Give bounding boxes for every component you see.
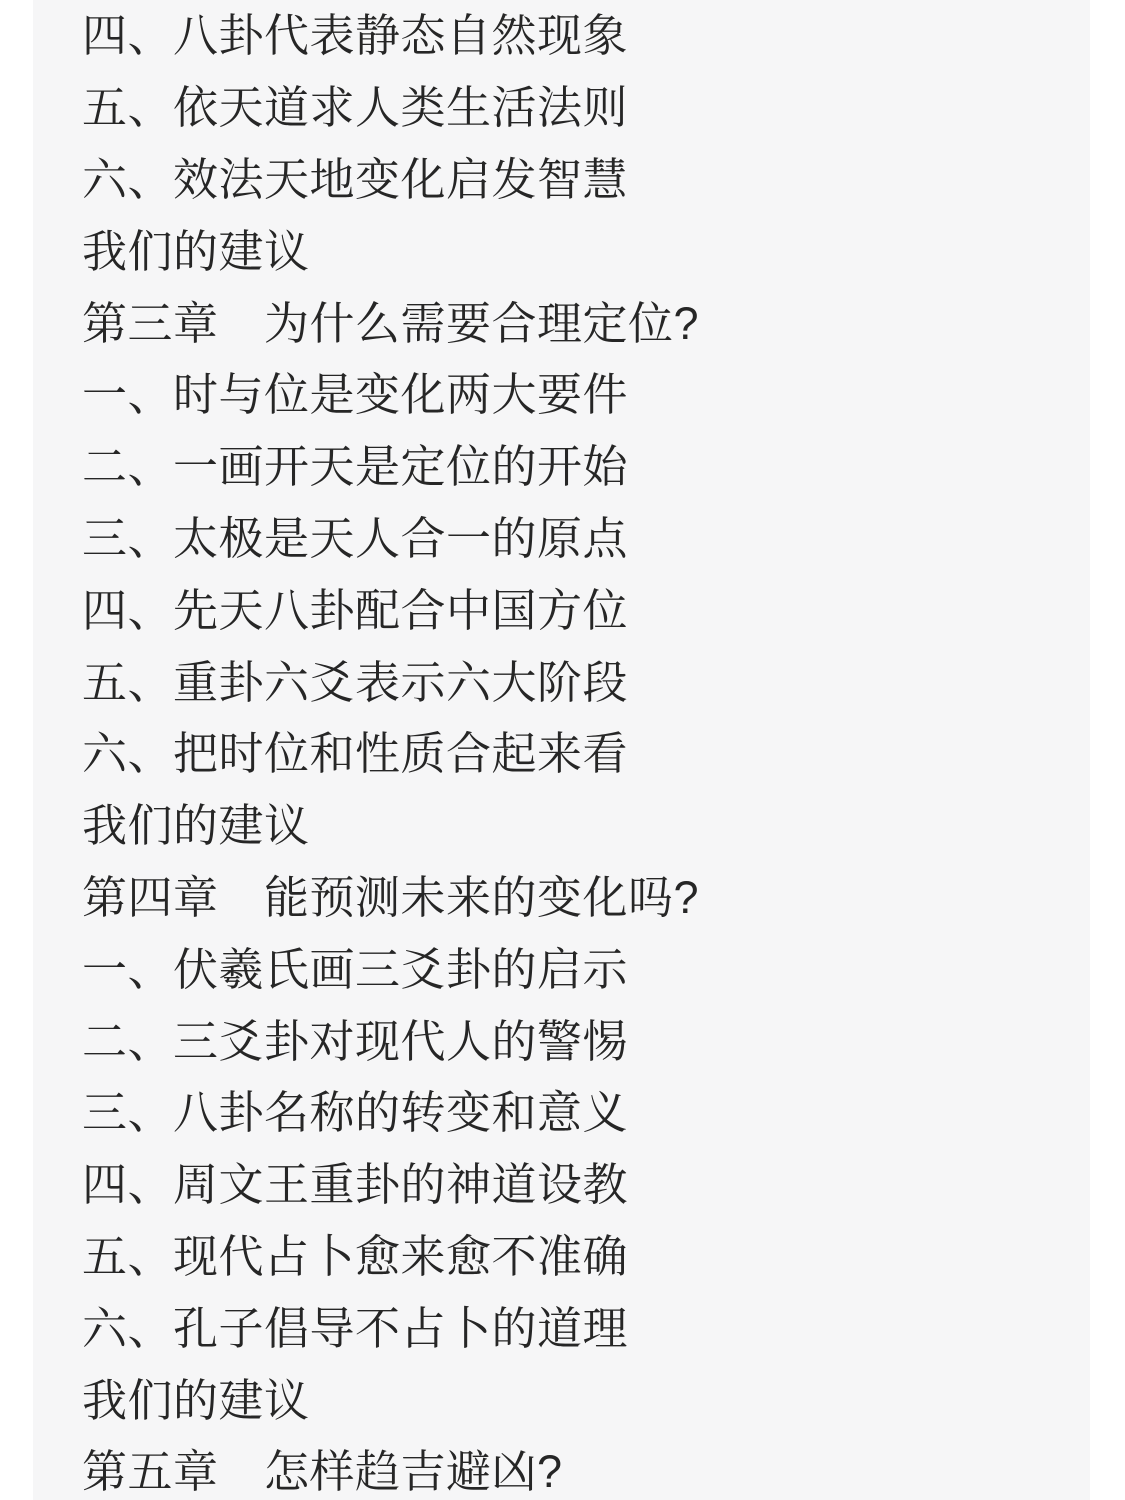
toc-entry[interactable]: 五、依天道求人类生活法则 xyxy=(82,68,1060,140)
toc-entry[interactable]: 四、周文王重卦的神道设教 xyxy=(82,1145,1060,1217)
toc-entry[interactable]: 我们的建议 xyxy=(82,211,1060,283)
toc-list: 四、八卦代表静态自然现象 五、依天道求人类生活法则 六、效法天地变化启发智慧 我… xyxy=(82,0,1060,1500)
toc-entry[interactable]: 六、把时位和性质合起来看 xyxy=(82,714,1060,786)
toc-entry[interactable]: 三、太极是天人合一的原点 xyxy=(82,499,1060,571)
toc-entry[interactable]: 我们的建议 xyxy=(82,786,1060,858)
toc-entry[interactable]: 六、效法天地变化启发智慧 xyxy=(82,140,1060,212)
toc-entry[interactable]: 三、八卦名称的转变和意义 xyxy=(82,1073,1060,1145)
toc-entry[interactable]: 二、三爻卦对现代人的警惕 xyxy=(82,1001,1060,1073)
toc-entry[interactable]: 五、重卦六爻表示六大阶段 xyxy=(82,642,1060,714)
toc-entry[interactable]: 四、八卦代表静态自然现象 xyxy=(82,0,1060,68)
toc-entry[interactable]: 我们的建议 xyxy=(82,1360,1060,1432)
toc-entry[interactable]: 五、现代占卜愈来愈不准确 xyxy=(82,1217,1060,1289)
ebook-toc-screen: 四、八卦代表静态自然现象 五、依天道求人类生活法则 六、效法天地变化启发智慧 我… xyxy=(0,0,1125,1500)
toc-entry[interactable]: 六、孔子倡导不占卜的道理 xyxy=(82,1288,1060,1360)
toc-entry[interactable]: 一、伏羲氏画三爻卦的启示 xyxy=(82,929,1060,1001)
toc-content-surface: 四、八卦代表静态自然现象 五、依天道求人类生活法则 六、效法天地变化启发智慧 我… xyxy=(33,0,1090,1500)
toc-entry[interactable]: 四、先天八卦配合中国方位 xyxy=(82,570,1060,642)
toc-entry[interactable]: 二、一画开天是定位的开始 xyxy=(82,427,1060,499)
toc-chapter-entry[interactable]: 第三章 为什么需要合理定位? xyxy=(82,283,1060,355)
toc-chapter-entry[interactable]: 第四章 能预测未来的变化吗? xyxy=(82,858,1060,930)
toc-entry[interactable]: 一、时与位是变化两大要件 xyxy=(82,355,1060,427)
toc-chapter-entry[interactable]: 第五章 怎样趋吉避凶? xyxy=(82,1432,1060,1500)
